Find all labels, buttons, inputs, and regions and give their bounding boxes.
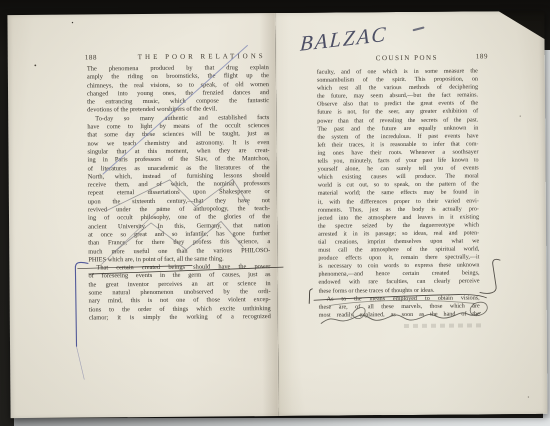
faint-stamp-mark — [404, 323, 484, 328]
paragraph: As to the means employed to obtain visio… — [319, 294, 480, 320]
right-page-text: faculty, and of one which is in some mea… — [317, 67, 480, 319]
paragraph: faculty, and of one which is in some mea… — [317, 67, 480, 295]
text-line: endowed with rare faculties, can clearly… — [319, 278, 480, 287]
text-line: most readily explained, as soon as the h… — [319, 310, 480, 319]
right-running-title: COUSIN PONS — [376, 54, 438, 62]
left-page-number: 188 — [85, 53, 97, 61]
left-page-text: The phenomena produced by that drug expl… — [87, 64, 271, 323]
text-line: clamor; it is simply the working of a re… — [89, 313, 271, 323]
book-photo: 188 THE POOR RELATIONS COUSIN PONS 189 T… — [0, 0, 550, 426]
paragraph: The phenomena produced by that drug expl… — [87, 64, 269, 115]
right-page-number: 189 — [476, 52, 488, 60]
book-spread: 188 THE POOR RELATIONS COUSIN PONS 189 T… — [7, 11, 547, 418]
paragraph: To-day so many authentic and established… — [87, 114, 270, 265]
photo-background-bottom — [14, 418, 550, 426]
paragraph: That certain created beings should have … — [88, 263, 270, 323]
left-running-title: THE POOR RELATIONS — [138, 52, 266, 61]
